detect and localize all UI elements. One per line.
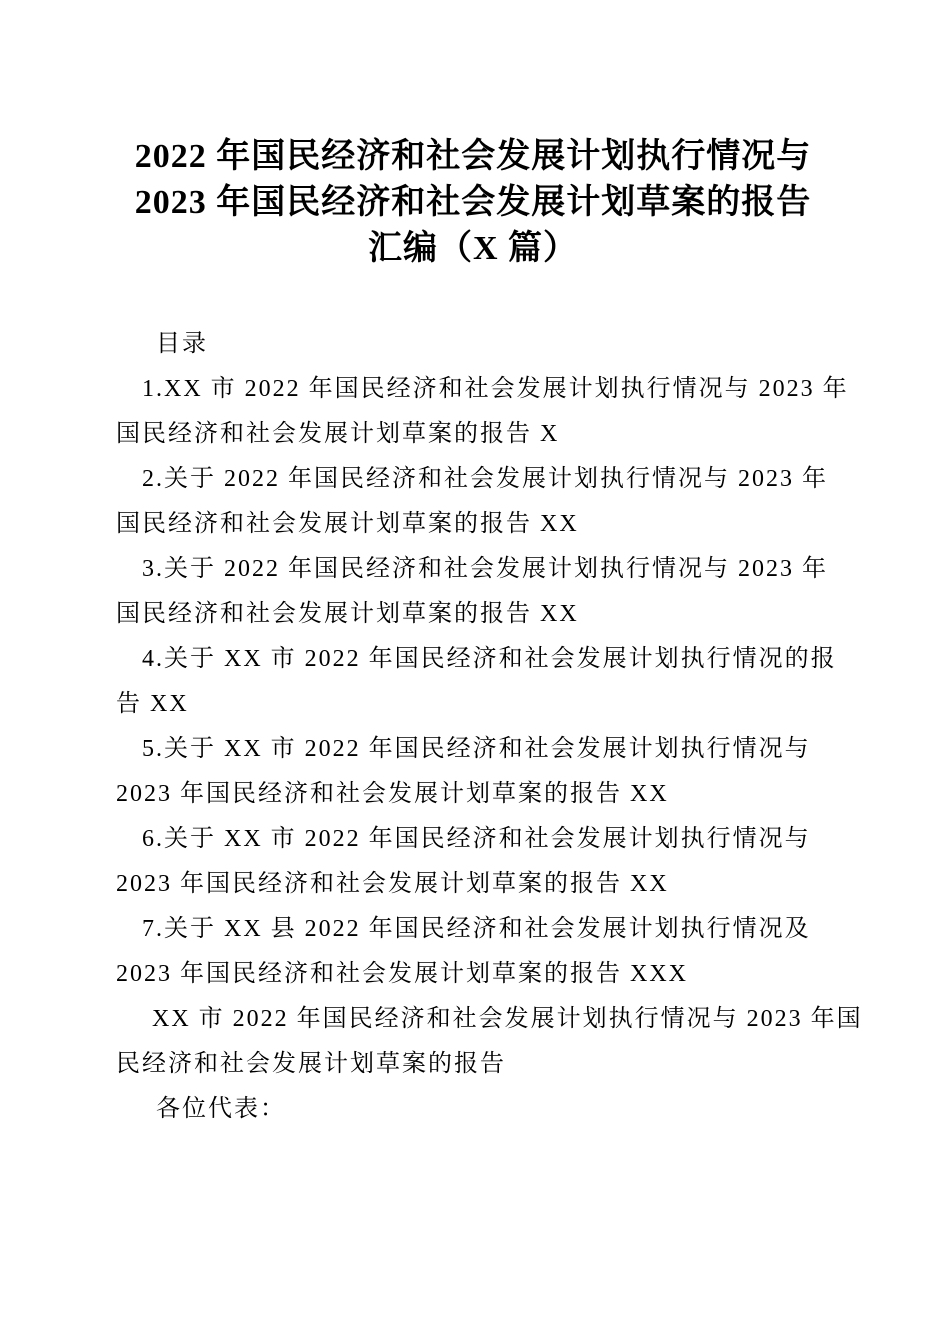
toc-item-5-line-2: 2023 年国民经济和社会发展计划草案的报告 XX <box>116 772 830 817</box>
document-body: 目录 1.XX 市 2022 年国民经济和社会发展计划执行情况与 2023 年 … <box>116 322 830 1132</box>
toc-item-4-line-1: 4.关于 XX 市 2022 年国民经济和社会发展计划执行情况的报 <box>116 637 830 682</box>
document-title: 2022 年国民经济和社会发展计划执行情况与 2023 年国民经济和社会发展计划… <box>116 134 830 272</box>
toc-item-1-line-1: 1.XX 市 2022 年国民经济和社会发展计划执行情况与 2023 年 <box>116 367 830 412</box>
toc-item-7-line-1: 7.关于 XX 县 2022 年国民经济和社会发展计划执行情况及 <box>116 907 830 952</box>
document-title-line-2: 2023 年国民经济和社会发展计划草案的报告 <box>116 180 830 226</box>
report-title-line-2: 民经济和社会发展计划草案的报告 <box>116 1042 830 1087</box>
document-title-line-3: 汇编（X 篇） <box>116 226 830 272</box>
toc-item-6-line-2: 2023 年国民经济和社会发展计划草案的报告 XX <box>116 862 830 907</box>
toc-item-7-line-2: 2023 年国民经济和社会发展计划草案的报告 XXX <box>116 952 830 997</box>
toc-item-5-line-1: 5.关于 XX 市 2022 年国民经济和社会发展计划执行情况与 <box>116 727 830 772</box>
document-page: 2022 年国民经济和社会发展计划执行情况与 2023 年国民经济和社会发展计划… <box>0 0 950 1344</box>
toc-item-1-line-2: 国民经济和社会发展计划草案的报告 X <box>116 412 830 457</box>
document-title-line-1: 2022 年国民经济和社会发展计划执行情况与 <box>116 134 830 180</box>
toc-item-3-line-2: 国民经济和社会发展计划草案的报告 XX <box>116 592 830 637</box>
toc-item-3-line-1: 3.关于 2022 年国民经济和社会发展计划执行情况与 2023 年 <box>116 547 830 592</box>
toc-heading: 目录 <box>116 322 830 367</box>
toc-item-2-line-2: 国民经济和社会发展计划草案的报告 XX <box>116 502 830 547</box>
toc-item-2-line-1: 2.关于 2022 年国民经济和社会发展计划执行情况与 2023 年 <box>116 457 830 502</box>
report-title-line-1: XX 市 2022 年国民经济和社会发展计划执行情况与 2023 年国 <box>116 997 830 1042</box>
salutation: 各位代表： <box>116 1087 830 1132</box>
toc-item-6-line-1: 6.关于 XX 市 2022 年国民经济和社会发展计划执行情况与 <box>116 817 830 862</box>
toc-item-4-line-2: 告 XX <box>116 682 830 727</box>
